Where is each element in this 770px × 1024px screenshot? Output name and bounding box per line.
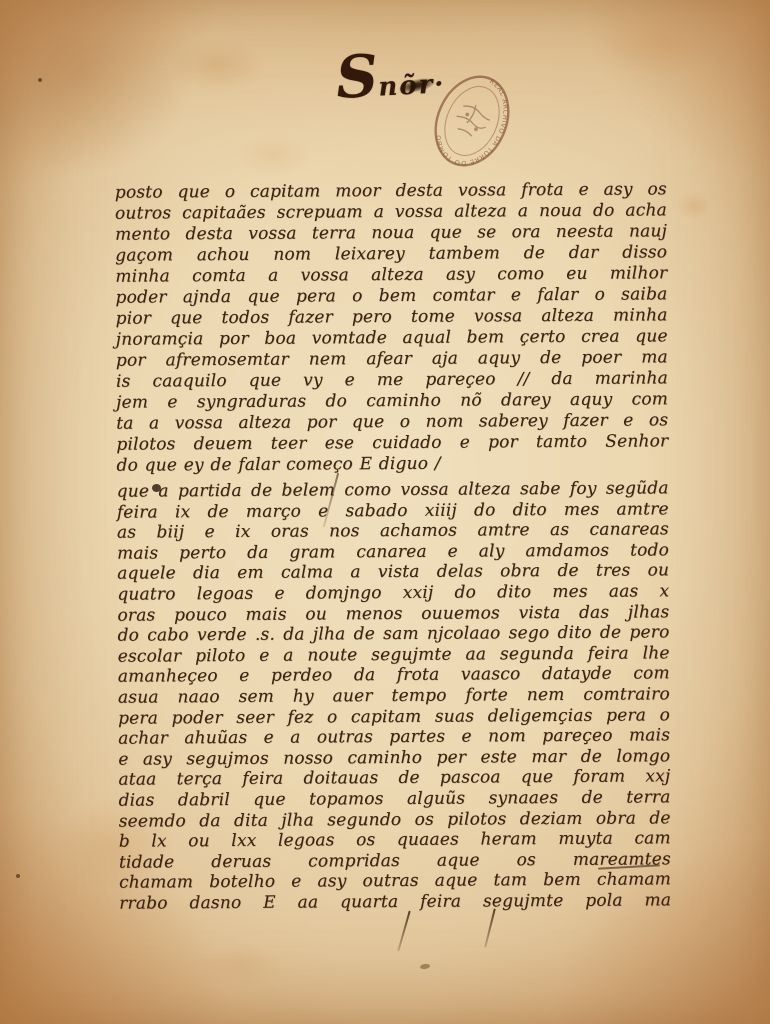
manuscript-line: que a partida de belem como vossa alteza… [117,478,669,502]
ink-speck [16,874,20,878]
foxing-spot [170,38,265,93]
header-senhor: Snõr· [334,41,446,110]
manuscript-line: dias dabril que topamos alguũs synaaes d… [118,787,670,811]
stamp-center-marks [452,100,493,140]
descender-flourish [397,911,410,952]
manuscript-line: asua naao sem hy auer tempo forte nem co… [118,684,670,708]
manuscript-paragraph: que a partida de belem como vossa alteza… [117,478,672,914]
manuscript-line: quatro legoas e domjngo xxij do dito mes… [117,581,669,605]
manuscript-line: do que ey de falar começo E diguo / [116,452,668,476]
ink-speck [38,78,42,82]
manuscript-page: Snõr· REAL ARCHIVO DA TORRE DO TOMBO pos… [0,0,770,1024]
manuscript-line: b lx ou lxx legoas os quaaes heram muyta… [119,828,671,852]
foxing-spot [198,944,283,986]
foxing-spot [0,0,195,175]
ink-speck [420,963,431,969]
manuscript-paragraph: posto que o capitam moor desta vossa fro… [115,179,669,476]
manuscript-text: posto que o capitam moor desta vossa fro… [115,179,671,914]
foxing-spot [236,134,311,176]
descender-flourish [484,908,496,947]
manuscript-line: rrabo dasno E aa quarta feira segujmte p… [119,890,671,914]
foxing-spot [676,192,712,220]
manuscript-line: pilotos deuem teer ese cuidado e por tam… [116,431,668,455]
foxing-spot [598,6,723,78]
